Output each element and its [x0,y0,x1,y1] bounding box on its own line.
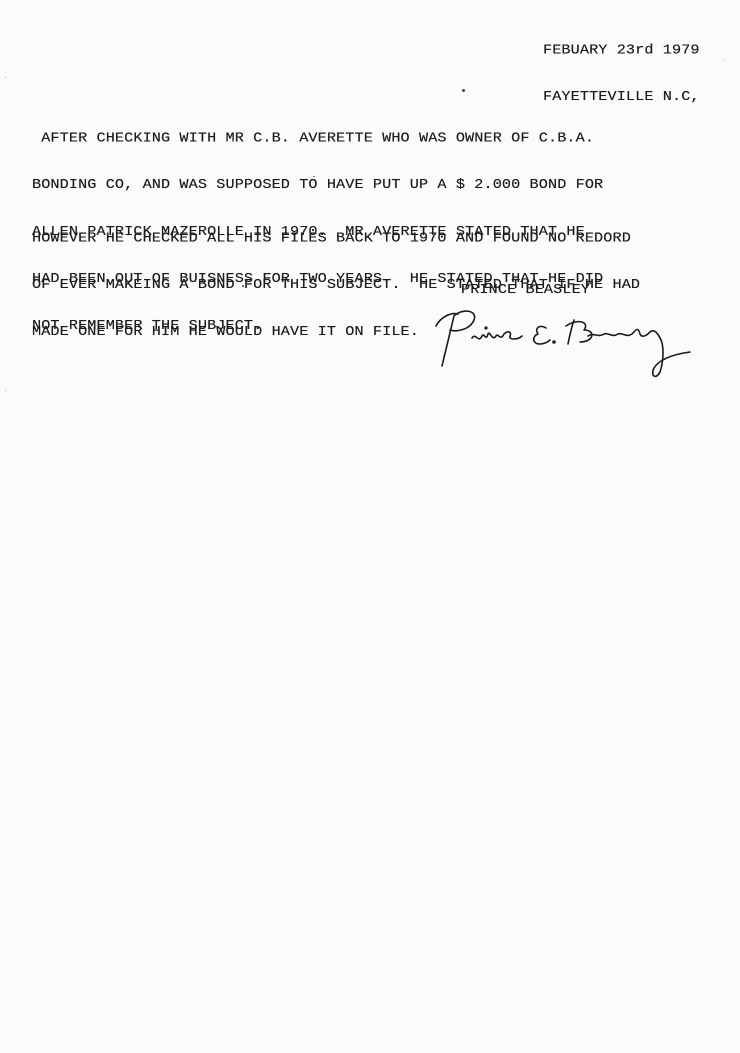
paragraph-line: BONDING CO, AND WAS SUPPOSED TO HAVE PUT… [32,177,603,193]
paragraph-line: HOWEVER HE CHECKED ALL HIS FILES BACK TO… [32,230,640,246]
ink-speck [462,89,465,92]
ink-speck [5,77,6,78]
handwritten-signature: Prince E Beasley [428,304,698,384]
date-line: FEBUARY 23rd 1979 [543,42,700,58]
ink-speck [723,60,724,61]
typed-signature-name: PRINCE BEASLEY [461,282,590,298]
ink-speck [242,285,244,287]
paragraph-line: AFTER CHECKING WITH MR C.B. AVERETTE WHO… [32,130,603,146]
ink-speck [5,390,6,391]
document-page: FEBUARY 23rd 1979 FAYETTEVILLE N.C, AFTE… [0,0,740,1053]
ink-speck [313,176,315,177]
